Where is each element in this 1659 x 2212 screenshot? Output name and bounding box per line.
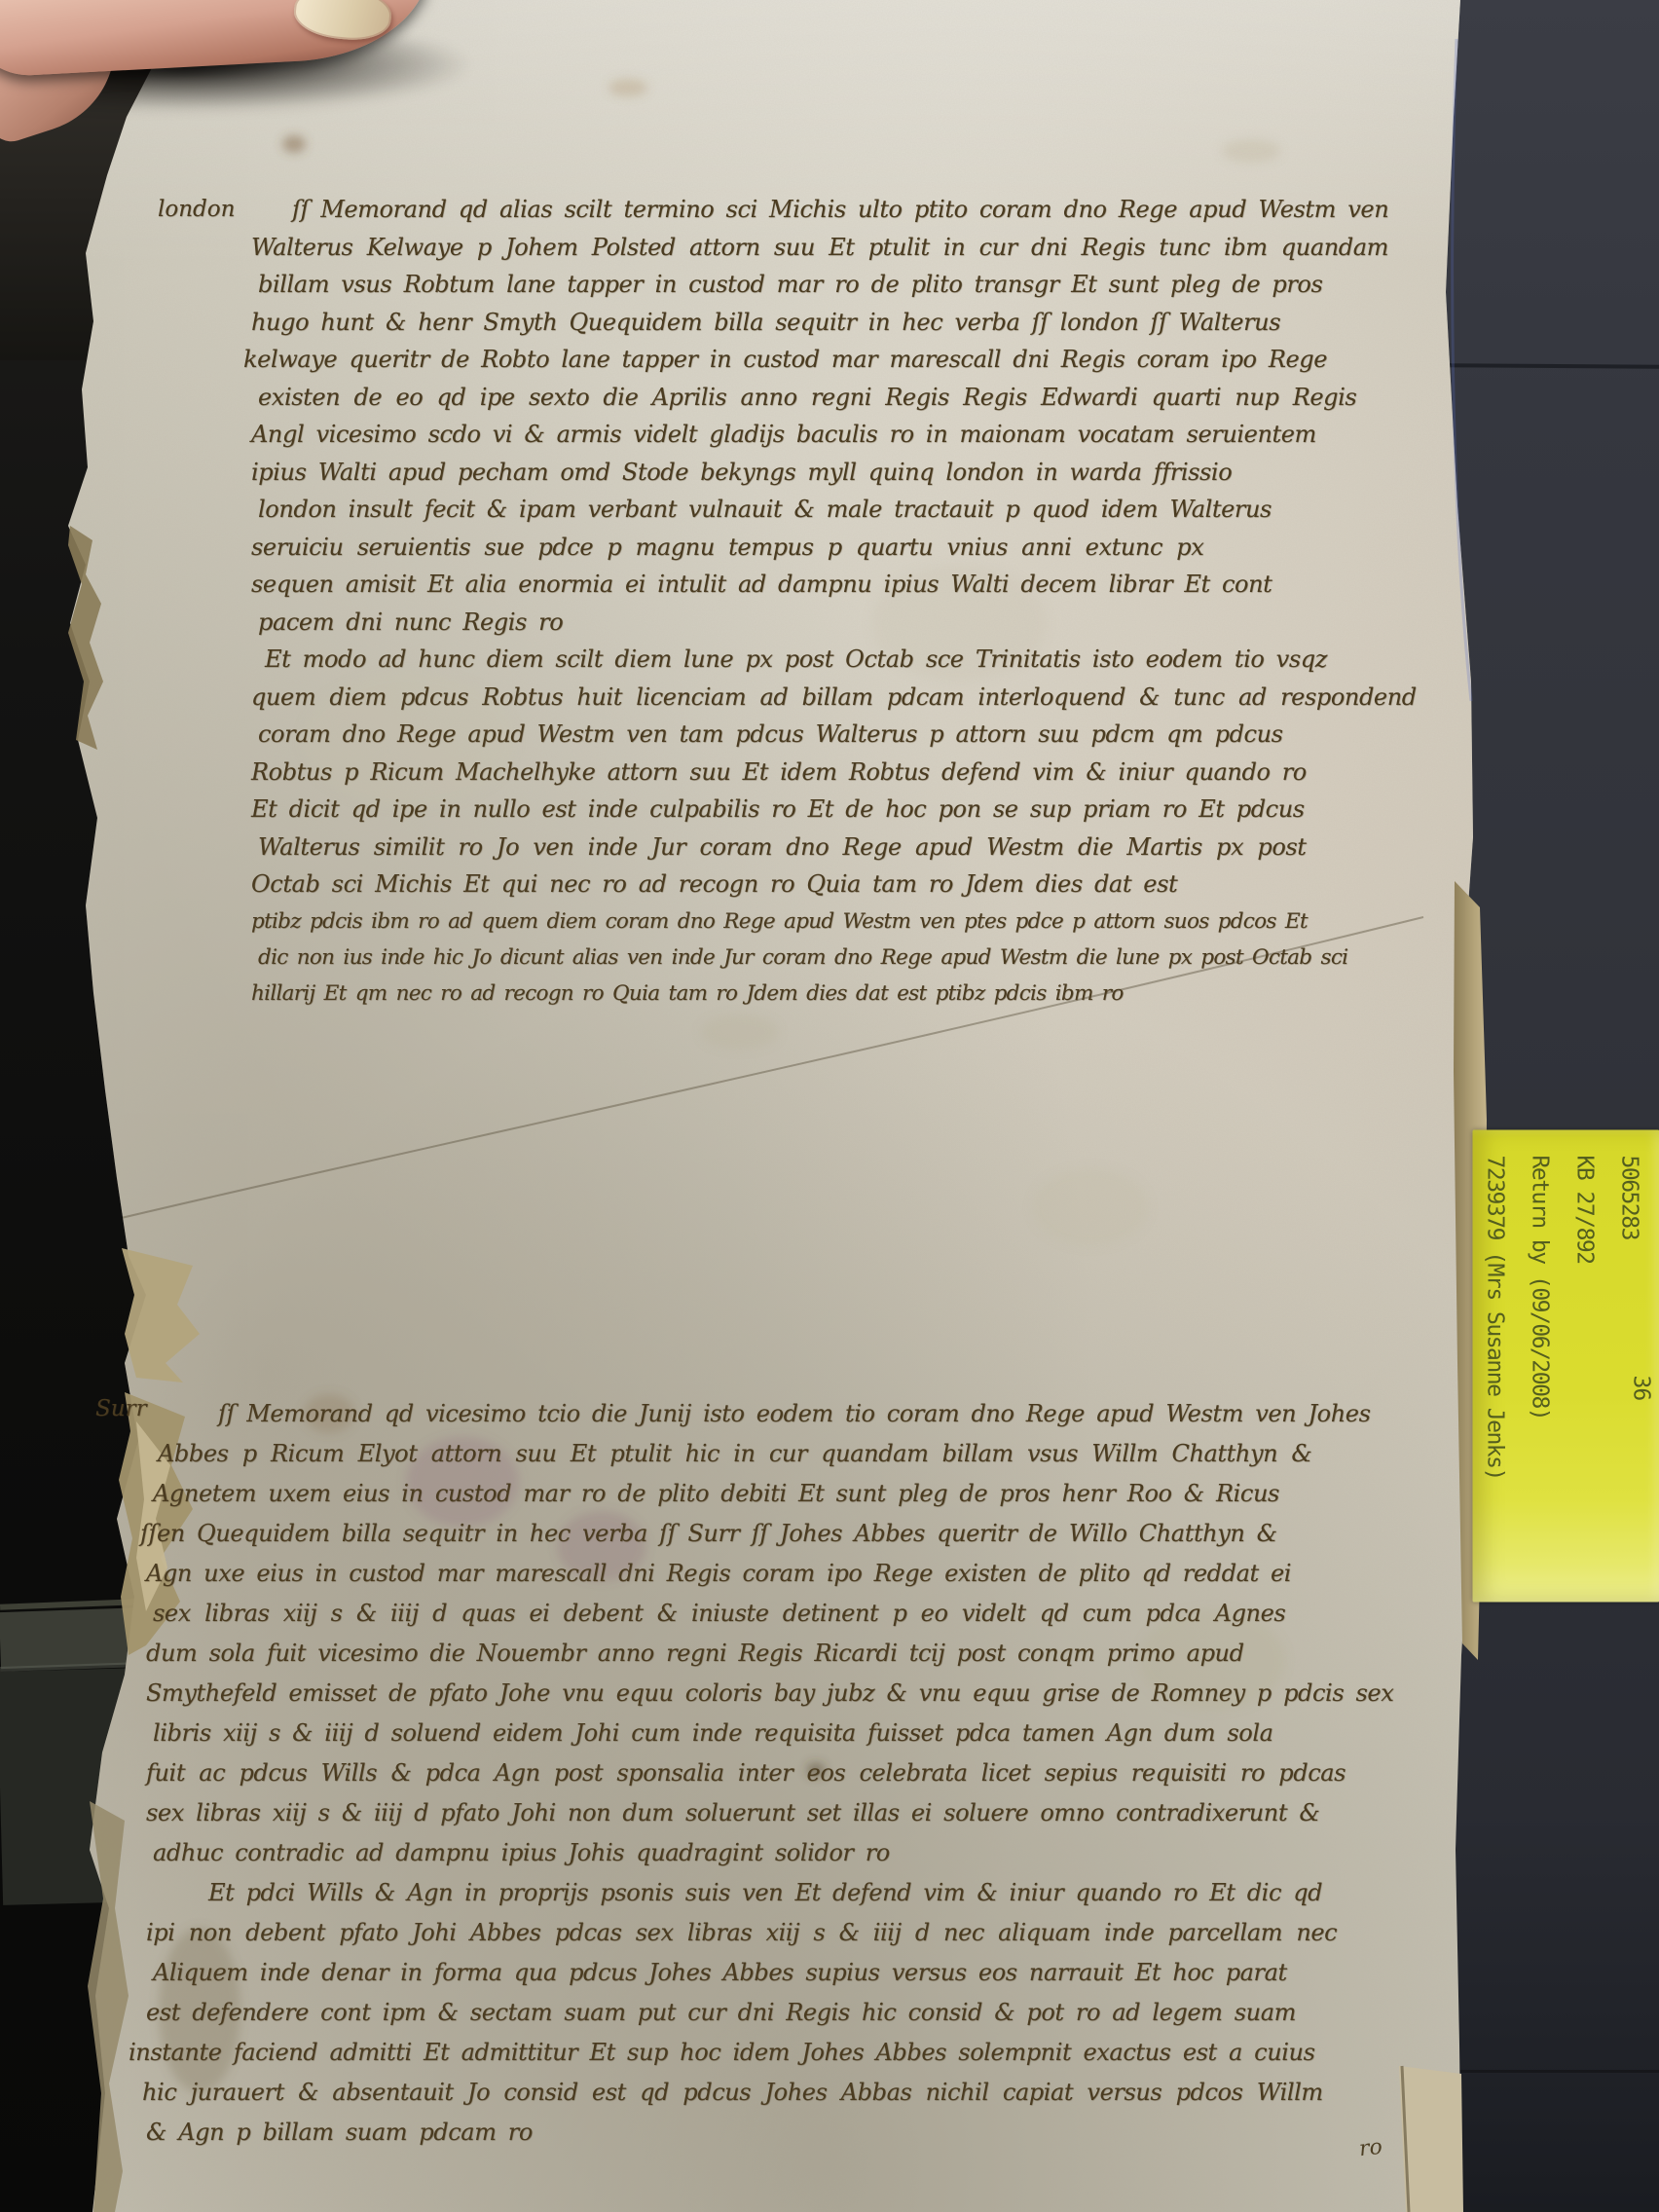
manuscript-line: quem diem pdcus Robtus huit licenciam ad…: [251, 679, 1417, 717]
manuscript-line: ipius Walti apud pecham omd Stode bekyng…: [251, 454, 1417, 492]
manuscript-line: Et modo ad hunc diem scilt diem lune px …: [251, 641, 1417, 679]
manuscript-line: fuit ac pdcus Wills & pdca Agn post spon…: [146, 1753, 1393, 1793]
manuscript-line: dic non ius inde hic Jo dicunt alias ven…: [258, 940, 1417, 976]
manuscript-line: london insult fecit & ipam verbant vulna…: [258, 491, 1417, 529]
manuscript-line: Smythefeld emisset de pfato Johe vnu equ…: [146, 1674, 1393, 1714]
manuscript-line: instante faciend admitti Et admittitur E…: [129, 2033, 1393, 2073]
manuscript-line: sex libras xiij s & iiij d quas ei deben…: [153, 1594, 1393, 1634]
membrane-fold-bottom-right: [1399, 2066, 1463, 2212]
manuscript-line: est defendere cont ipm & sectam suam put…: [146, 1993, 1393, 2033]
manuscript-line: hic jurauert & absentauit Jo consid est …: [142, 2073, 1393, 2113]
manuscript-line: Walterus Kelwaye p Johem Polsted attorn …: [251, 229, 1417, 267]
manuscript-line: Et dicit qd ipe in nullo est inde culpab…: [251, 791, 1417, 829]
manuscript-line: Octab sci Michis Et qui nec ro ad recogn…: [251, 866, 1417, 903]
manuscript-line: coram dno Rege apud Westm ven tam pdcus …: [258, 716, 1417, 754]
archive-ticket-text: 5065283KB 27/892Return by (09/06/2008)72…: [1472, 1155, 1651, 1583]
manuscript-line: Agnetem uxem eius in custod mar ro de pl…: [153, 1474, 1393, 1514]
manuscript-line: kelwaye queritr de Robto lane tapper in …: [243, 341, 1417, 379]
manuscript-line: Aliquem inde denar in forma qua pdcus Jo…: [153, 1953, 1393, 1993]
manuscript-line: libris xiij s & iiij d soluend eidem Joh…: [153, 1714, 1393, 1753]
manuscript-line: billam vsus Robtum lane tapper in custod…: [258, 266, 1417, 304]
ticket-line: 7239379 (Mrs Susanne Jenks): [1472, 1155, 1517, 1583]
ticket-line: Return by (09/06/2008): [1517, 1155, 1562, 1583]
manuscript-line: existen de eo qd ipe sexto die Aprilis a…: [258, 379, 1417, 417]
manuscript-line: hugo hunt & henr Smyth Quequidem billa s…: [251, 304, 1417, 342]
manuscript-line: pacem dni nunc Regis ro: [258, 604, 1417, 642]
manuscript-line: ſſ Memorand qd vicesimo tcio die Junij i…: [146, 1394, 1393, 1434]
catchmark: ro: [1358, 2135, 1383, 2161]
manuscript-line: ptibz pdcis ibm ro ad quem diem coram dn…: [251, 903, 1417, 940]
manuscript-line: sequen amisit Et alia enormia ei intulit…: [251, 566, 1417, 604]
ticket-line: KB 27/892: [1562, 1155, 1606, 1583]
manuscript-line: ſſ Memorand qd alias scilt termino sci M…: [251, 191, 1417, 229]
manuscript-line: adhuc contradic ad dampnu ipius Johis qu…: [153, 1833, 1393, 1873]
manuscript-line: ipi non debent pfato Johi Abbes pdcas se…: [146, 1913, 1393, 1953]
manuscript-line: Et pdci Wills & Agn in proprijs psonis s…: [208, 1873, 1393, 1913]
manuscript-line: sex libras xiij s & iiij d pfato Johi no…: [146, 1793, 1393, 1833]
archive-ticket: 5065283KB 27/892Return by (09/06/2008)72…: [1472, 1129, 1659, 1602]
manuscript-line: seruiciu seruientis sue pdce p magnu tem…: [251, 529, 1417, 567]
margin-note-county: london: [158, 197, 235, 222]
entry-block-2-lines: ſſ Memorand qd vicesimo tcio die Junij i…: [146, 1394, 1393, 2153]
photo-of-plea-roll: london ſſ Memorand qd alias scilt termin…: [0, 0, 1659, 2212]
margin-note-county: Surr: [95, 1396, 147, 1421]
ticket-line: 5065283: [1606, 1155, 1651, 1583]
manuscript-line: Robtus p Ricum Machelhyke attorn suu Et …: [251, 754, 1417, 792]
manuscript-line: Walterus similit ro Jo ven inde Jur cora…: [258, 829, 1417, 866]
manuscript-line: ſſen Quequidem billa sequitr in hec verb…: [140, 1514, 1393, 1554]
ticket-membrane-number: 36: [1628, 1375, 1653, 1400]
manuscript-line: dum sola fuit vicesimo die Nouembr anno …: [146, 1634, 1393, 1674]
manuscript-line: Angl vicesimo scdo vi & armis videlt gla…: [251, 416, 1417, 454]
manuscript-line: Abbes p Ricum Elyot attorn suu Et ptulit…: [158, 1434, 1393, 1474]
entry-block-1-lines: ſſ Memorand qd alias scilt termino sci M…: [251, 191, 1417, 1012]
manuscript-line: hillarij Et qm nec ro ad recogn ro Quia …: [251, 976, 1417, 1012]
manuscript-line: & Agn p billam suam pdcam ro: [146, 2113, 1393, 2153]
manuscript-line: Agn uxe eius in custod mar marescall dni…: [146, 1554, 1393, 1594]
